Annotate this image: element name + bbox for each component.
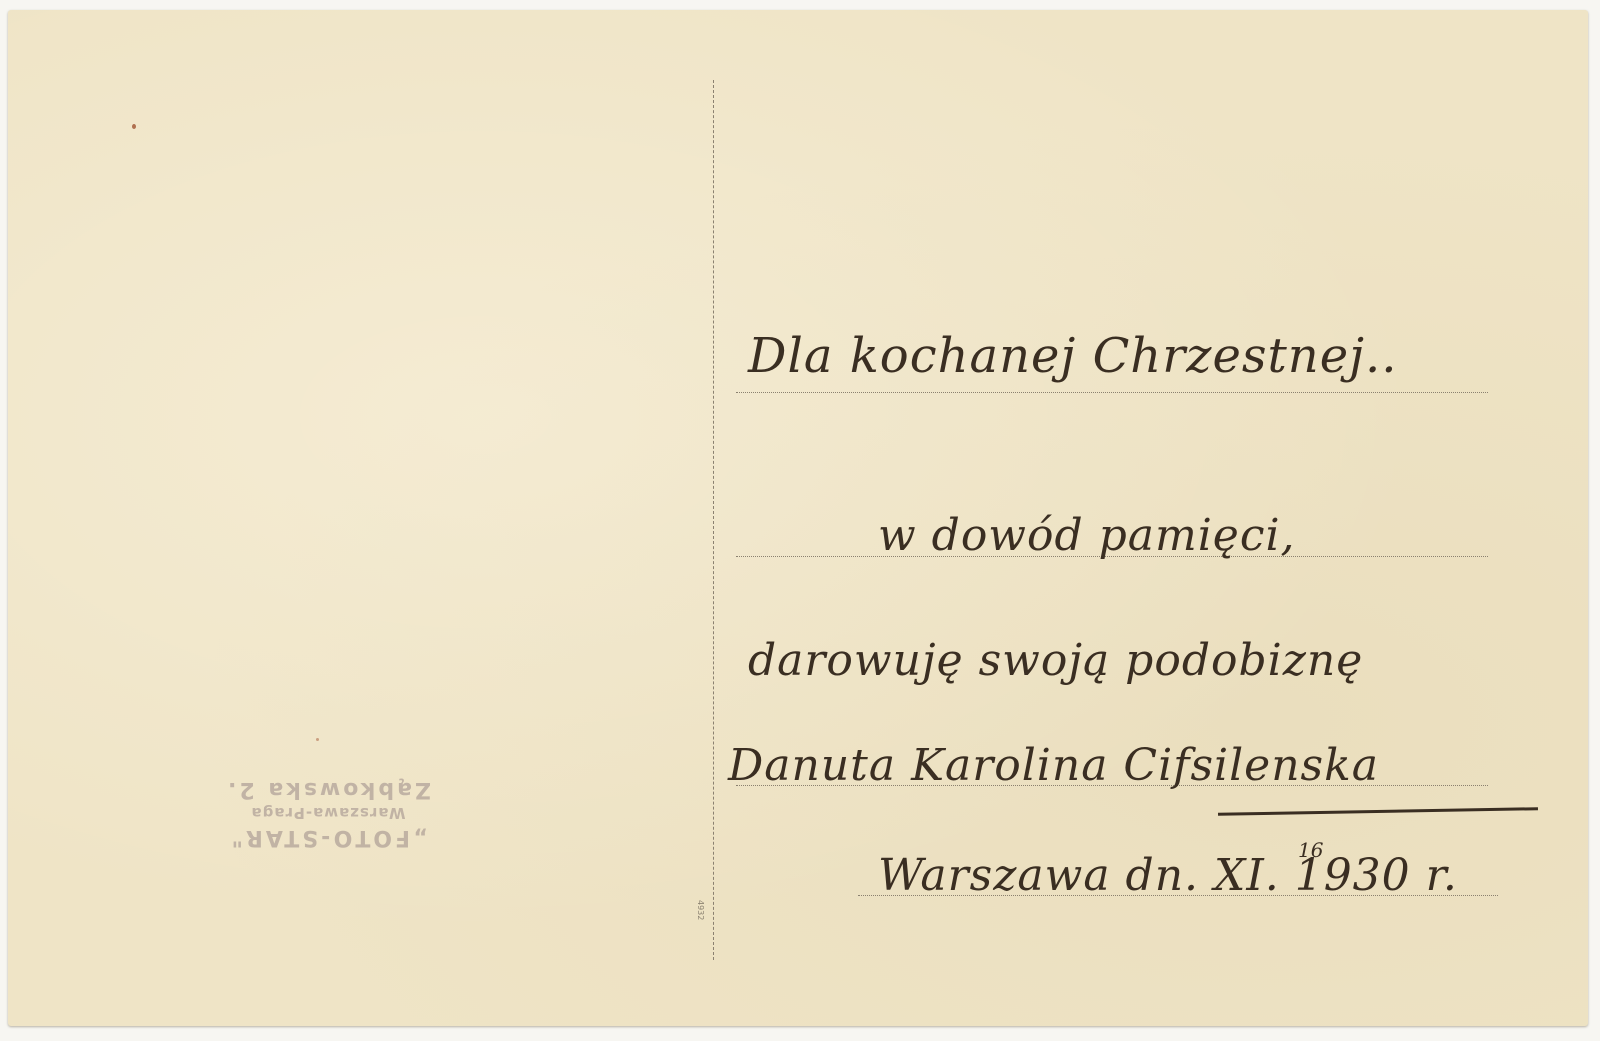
stamp-studio-name: „FOTO-STAR" — [163, 823, 493, 851]
photographer-stamp: „FOTO-STAR" Warszawa-Praga Ząbkowska 2. — [163, 775, 493, 851]
stain-spot — [316, 738, 319, 741]
address-divider-line — [713, 80, 714, 960]
place-and-date: Warszawa dn. XI. 1930 r. — [878, 850, 1458, 901]
postcard: „FOTO-STAR" Warszawa-Praga Ząbkowska 2. … — [8, 10, 1588, 1026]
printer-mark: 4932 — [696, 900, 705, 920]
message-line-1: Dla kochanej Chrzestnej.. — [748, 328, 1398, 384]
stamp-street: Ząbkowska 2. — [163, 775, 493, 803]
message-line-2: w dowód pamięci, — [878, 510, 1296, 561]
message-line-3: darowuję swoją podobiznę — [748, 635, 1363, 686]
signature-underline — [1218, 807, 1538, 816]
writing-rule-1 — [736, 392, 1488, 393]
signature: Danuta Karolina Cifsilenska — [728, 740, 1379, 791]
stain-spot — [132, 124, 136, 129]
stamp-city: Warszawa-Praga — [163, 803, 493, 823]
